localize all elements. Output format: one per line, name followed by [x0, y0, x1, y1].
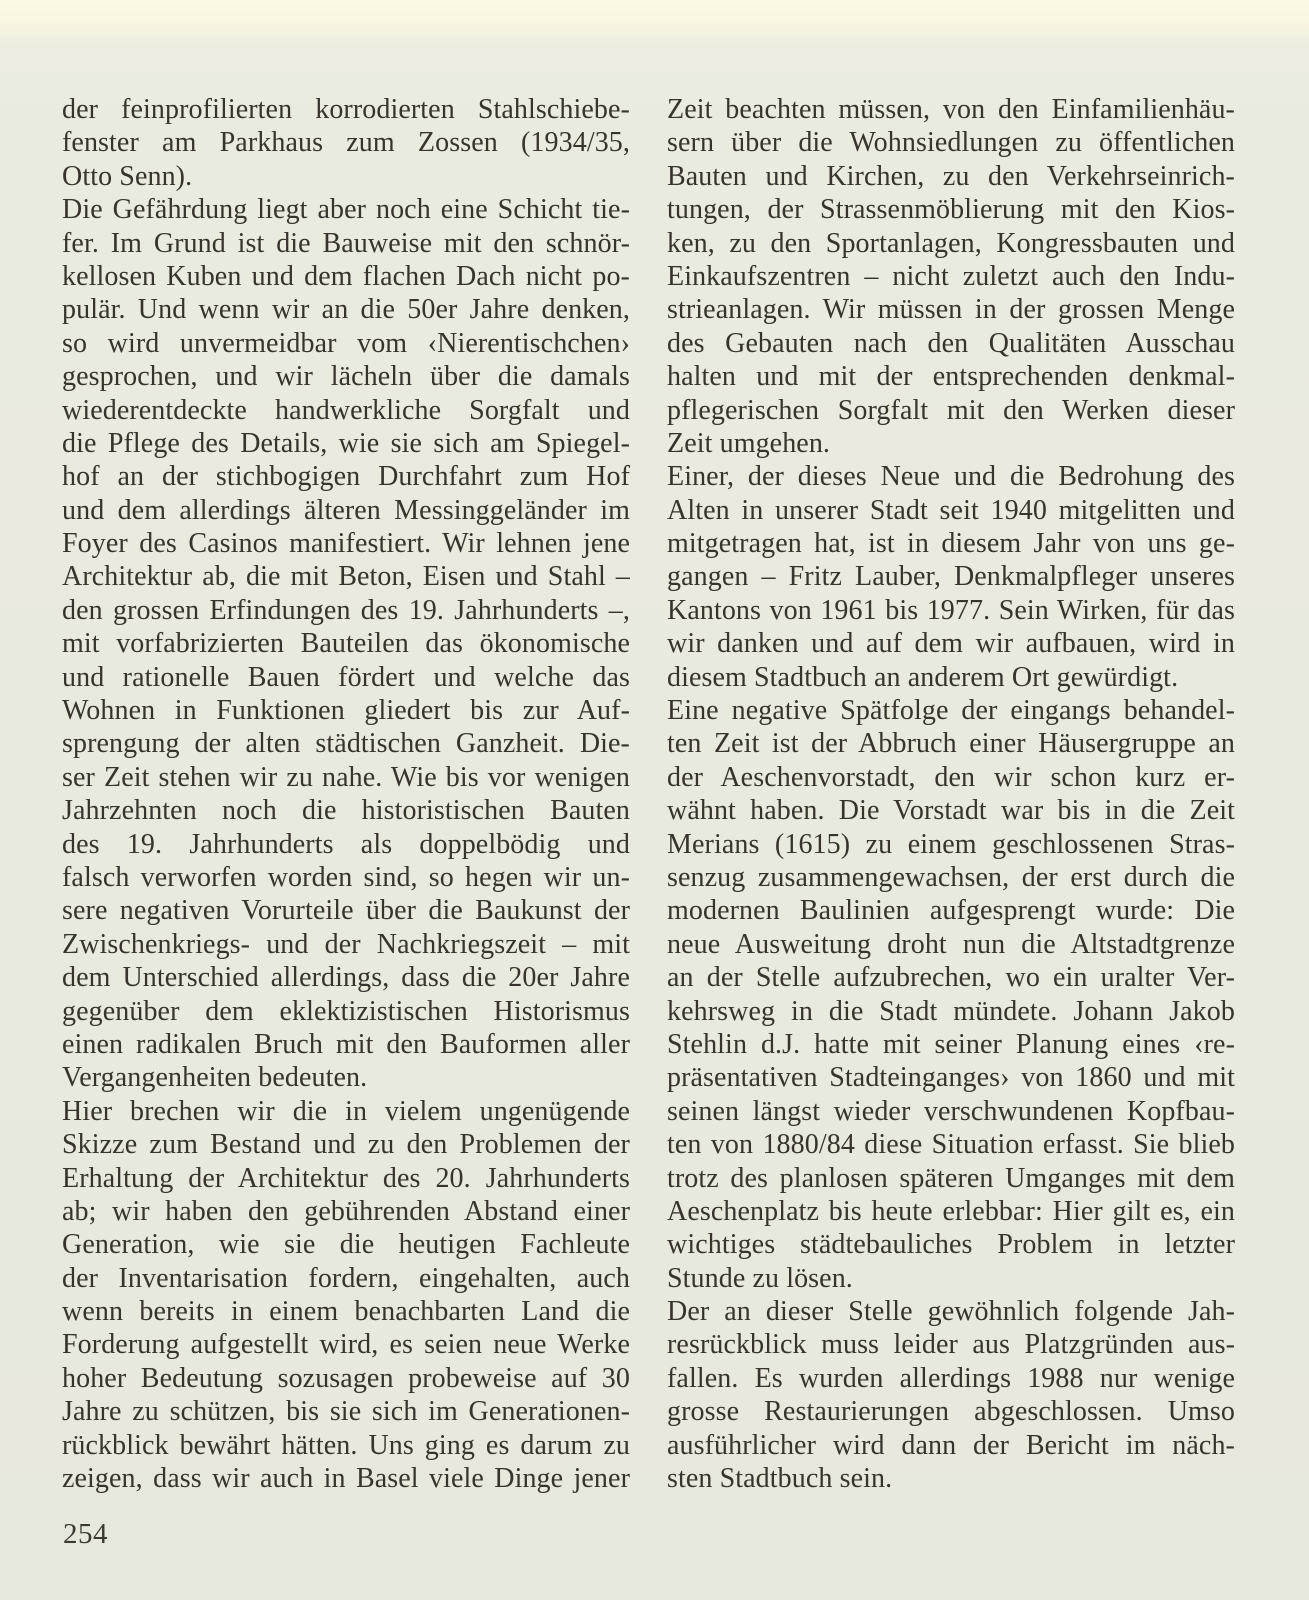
text-line: Bauten und Kirchen, zu den Verkehrseinri… [667, 160, 1235, 193]
left-column: der feinprofilierten korrodierten Stahls… [62, 93, 630, 1495]
page-top-edge [0, 0, 1309, 40]
text-line: fallen. Es wurden allerdings 1988 nur we… [667, 1362, 1235, 1395]
text-line: mit vorfabrizierten Bauteilen das ökonom… [62, 627, 630, 660]
text-line: wähnt haben. Die Vorstadt war bis in die… [667, 794, 1235, 827]
text-line: strieanlagen. Wir müssen in der grossen … [667, 293, 1235, 326]
text-line: Otto Senn). [62, 160, 630, 193]
text-line: mitgetragen hat, ist in diesem Jahr von … [667, 527, 1235, 560]
text-line: ten von 1880/84 diese Situation erfasst.… [667, 1128, 1235, 1161]
right-column: Zeit beachten müssen, von den Einfamilie… [667, 93, 1235, 1495]
text-line: falsch verworfen worden sind, so hegen w… [62, 861, 630, 894]
text-line: Einkaufszentren – nicht zuletzt auch den… [667, 260, 1235, 293]
text-line: einen radikalen Bruch mit den Bauformen … [62, 1028, 630, 1061]
text-line: an der Stelle aufzubrechen, wo ein uralt… [667, 961, 1235, 994]
text-line: kehrsweg in die Stadt mündete. Johann Ja… [667, 995, 1235, 1028]
text-line: Zeit umgehen. [667, 427, 1235, 460]
text-line: wichtiges städtebauliches Problem in let… [667, 1228, 1235, 1261]
text-line: gesprochen, und wir lächeln über die dam… [62, 360, 630, 393]
text-line: des Gebauten nach den Qualitäten Ausscha… [667, 327, 1235, 360]
text-line: Skizze zum Bestand und zu den Problemen … [62, 1128, 630, 1161]
text-line: pflegerischen Sorgfalt mit den Werken di… [667, 394, 1235, 427]
text-line: Kantons von 1961 bis 1977. Sein Wirken, … [667, 594, 1235, 627]
text-line: der Aeschenvorstadt, den wir schon kurz … [667, 761, 1235, 794]
text-line: den grossen Erfindungen des 19. Jahrhund… [62, 594, 630, 627]
text-line: der Inventarisation fordern, eingehalten… [62, 1262, 630, 1295]
text-line: präsentativen Stadteinganges› von 1860 u… [667, 1061, 1235, 1094]
text-line: trotz des planlosen späteren Umganges mi… [667, 1162, 1235, 1195]
text-line: hoher Bedeutung sozusagen probeweise auf… [62, 1362, 630, 1395]
text-line: Hier brechen wir die in vielem ungenügen… [62, 1095, 630, 1128]
text-line: dem Unterschied allerdings, dass die 20e… [62, 961, 630, 994]
text-line: Stehlin d.J. hatte mit seiner Planung ei… [667, 1028, 1235, 1061]
text-line: Zeit beachten müssen, von den Einfamilie… [667, 93, 1235, 126]
text-line: des 19. Jahrhunderts als doppelbödig und [62, 828, 630, 861]
text-line: Aeschenplatz bis heute erlebbar: Hier gi… [667, 1195, 1235, 1228]
text-line: kellosen Kuben und dem flachen Dach nich… [62, 260, 630, 293]
page-number: 254 [63, 1518, 108, 1551]
text-line: seinen längst wieder verschwundenen Kopf… [667, 1095, 1235, 1128]
text-line: hof an der stichbogigen Durchfahrt zum H… [62, 460, 630, 493]
text-line: ausführlicher wird dann der Bericht im n… [667, 1429, 1235, 1462]
text-line: ken, zu den Sportanlagen, Kongressbauten… [667, 227, 1235, 260]
text-line: fer. Im Grund ist die Bauweise mit den s… [62, 227, 630, 260]
text-line: Einer, der dieses Neue und die Bedrohung… [667, 460, 1235, 493]
text-line: der feinprofilierten korrodierten Stahls… [62, 93, 630, 126]
text-line: Wohnen in Funktionen gliedert bis zur Au… [62, 694, 630, 727]
text-line: resrückblick muss leider aus Platzgründe… [667, 1328, 1235, 1361]
text-line: Architektur ab, die mit Beton, Eisen und… [62, 560, 630, 593]
text-line: wir danken und auf dem wir aufbauen, wir… [667, 627, 1235, 660]
text-line: und rationelle Bauen fördert und welche … [62, 661, 630, 694]
text-line: Merians (1615) zu einem geschlossenen St… [667, 828, 1235, 861]
text-line: senzug zusammengewachsen, der erst durch… [667, 861, 1235, 894]
text-line: wiederentdeckte handwerkliche Sorgfalt u… [62, 394, 630, 427]
text-block: der feinprofilierten korrodierten Stahls… [62, 93, 1235, 1495]
text-line: Erhaltung der Architektur des 20. Jahrhu… [62, 1162, 630, 1195]
text-line: Zwischenkriegs- und der Nachkriegszeit –… [62, 928, 630, 961]
text-line: tungen, der Strassenmöblierung mit den K… [667, 193, 1235, 226]
text-line: Stunde zu lösen. [667, 1262, 1235, 1295]
text-line: halten und mit der entsprechenden denkma… [667, 360, 1235, 393]
text-line: sere negativen Vorurteile über die Bauku… [62, 894, 630, 927]
text-line: Die Gefährdung liegt aber noch eine Schi… [62, 193, 630, 226]
text-line: ten Zeit ist der Abbruch einer Häusergru… [667, 727, 1235, 760]
text-line: modernen Baulinien aufgesprengt wurde: D… [667, 894, 1235, 927]
text-line: Vergangenheiten bedeuten. [62, 1061, 630, 1094]
text-line: diesem Stadtbuch an anderem Ort gewürdig… [667, 661, 1235, 694]
text-line: sprengung der alten städtischen Ganzheit… [62, 727, 630, 760]
text-line: Alten in unserer Stadt seit 1940 mitgeli… [667, 494, 1235, 527]
book-page: der feinprofilierten korrodierten Stahls… [0, 0, 1309, 1600]
text-line: und dem allerdings älteren Messinggeländ… [62, 494, 630, 527]
text-line: ab; wir haben den gebührenden Abstand ei… [62, 1195, 630, 1228]
text-line: wenn bereits in einem benachbarten Land … [62, 1295, 630, 1328]
text-line: sten Stadtbuch sein. [667, 1462, 1235, 1495]
text-line: die Pflege des Details, wie sie sich am … [62, 427, 630, 460]
text-line: Jahre zu schützen, bis sie sich im Gener… [62, 1395, 630, 1428]
text-line: Foyer des Casinos manifestiert. Wir lehn… [62, 527, 630, 560]
text-line: Eine negative Spätfolge der eingangs beh… [667, 694, 1235, 727]
text-line: rückblick bewährt hätten. Uns ging es da… [62, 1429, 630, 1462]
text-line: Forderung aufgestellt wird, es seien neu… [62, 1328, 630, 1361]
text-line: so wird unvermeidbar vom ‹Nierentischche… [62, 327, 630, 360]
text-line: sern über die Wohnsiedlungen zu öffentli… [667, 126, 1235, 159]
text-line: fenster am Parkhaus zum Zossen (1934/35, [62, 126, 630, 159]
text-line: gangen – Fritz Lauber, Denkmalpfleger un… [667, 560, 1235, 593]
text-line: ser Zeit stehen wir zu nahe. Wie bis vor… [62, 761, 630, 794]
text-line: zeigen, dass wir auch in Basel viele Din… [62, 1462, 630, 1495]
text-line: Jahrzehnten noch die historistischen Bau… [62, 794, 630, 827]
text-line: pulär. Und wenn wir an die 50er Jahre de… [62, 293, 630, 326]
text-line: gegenüber dem eklektizistischen Historis… [62, 995, 630, 1028]
text-line: neue Ausweitung droht nun die Altstadtgr… [667, 928, 1235, 961]
text-line: Generation, wie sie die heutigen Fachleu… [62, 1228, 630, 1261]
text-line: grosse Restaurierungen abgeschlossen. Um… [667, 1395, 1235, 1428]
text-line: Der an dieser Stelle gewöhnlich folgende… [667, 1295, 1235, 1328]
